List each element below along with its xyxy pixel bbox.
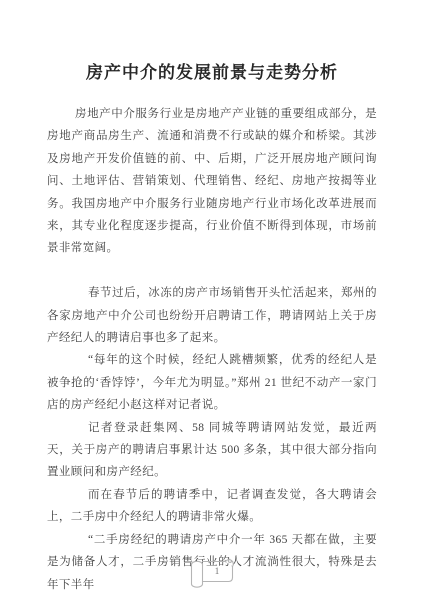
document-body: 房地产中介服务行业是房地产产业链的重要组成部分，是房地产商品房生产、流通和消费不… [47,103,377,596]
scroll-icon [186,554,238,594]
document-page: 房产中介的发展前景与走势分析 房地产中介服务行业是房地产产业链的重要组成部分，是… [0,0,424,600]
paragraph: 而在春节后的聘请季中，记者调查发觉，各大聘请会上，二手房中介经纪人的聘请非常火爆… [47,484,377,529]
page-footer: 1 [186,554,238,594]
document-title: 房产中介的发展前景与走势分析 [0,0,424,86]
paragraph: “每年的这个时候，经纪人跳槽频繁，优秀的经纪人是被争抢的‘香饽饽’，今年尤为明显… [47,349,377,416]
paragraph: 房地产中介服务行业是房地产产业链的重要组成部分，是房地产商品房生产、流通和消费不… [47,103,377,260]
paragraph: 春节过后，冰冻的房产市场销售开头忙活起来，郑州的各家房地产中介公司也纷纷开启聘请… [47,282,377,349]
paragraph: 记者登录赶集网、58 同城等聘请网站发觉，最近两天，关于房产的聘请启事累计达 5… [47,417,377,484]
page-number: 1 [215,565,220,577]
